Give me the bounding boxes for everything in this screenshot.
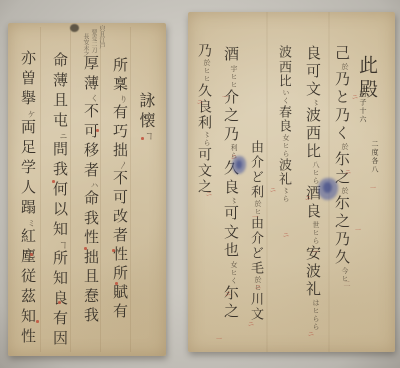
manuscript-character: 有 <box>51 310 69 330</box>
manuscript-character: 春 <box>276 105 291 120</box>
song-text-column-3: 波西比いく春良女ヒら波礼〻ら <box>275 45 290 203</box>
photograph-background: 㒵且江戸要㕝二刀長安未之 詠懐ヿ所稟り有巧拙〳不可改者性所賦有厚薄く不可移者ハ命… <box>0 0 400 368</box>
manuscript-character: 礼 <box>276 172 291 187</box>
manuscript-character: 波 <box>276 158 291 173</box>
vermilion-notation-mark: ニ <box>283 233 289 239</box>
inscription-line: 要㕝二刀 <box>89 29 98 53</box>
manuscript-character: 乃 <box>222 126 240 145</box>
reading-mark: 〻ら <box>282 187 290 203</box>
vermilion-notation-mark: 一 <box>222 95 228 101</box>
reading-mark: ヿ <box>145 132 154 141</box>
manuscript-character: 知 <box>51 270 69 290</box>
manuscript-character: 介 <box>248 231 263 246</box>
reading-mark: 宇ヒヒ <box>230 65 238 89</box>
vermilion-dot <box>58 301 61 304</box>
sheet-number-mark: 二 <box>342 280 352 287</box>
reading-mark: ヿ <box>59 241 68 250</box>
manuscript-character: 拙 <box>111 142 129 161</box>
manuscript-character: と <box>333 89 351 107</box>
manuscript-character: 己 <box>333 45 351 63</box>
manuscript-character: 所 <box>51 250 69 270</box>
manuscript-character: 且 <box>51 92 69 112</box>
manuscript-character: 我 <box>51 161 69 181</box>
manuscript-character: 我 <box>82 307 100 327</box>
manuscript-character: 尓 <box>333 151 351 169</box>
manuscript-character: 人 <box>19 179 37 199</box>
vermilion-notation-mark: 一 <box>216 337 222 343</box>
manuscript-character: 稟 <box>111 76 129 95</box>
song-text-column-4: 由介ど利於ヒ由介ど毛於ヒ川文 <box>247 140 262 322</box>
right-manuscript-page: 此殿己於乃と乃く於尓之於尓之乃久今ヒ良可文〻波西比八ヒら酒良世ヒら安波礼はヒらら… <box>188 12 395 352</box>
manuscript-character: 厚 <box>82 55 100 75</box>
vermilion-notation-mark: 一 <box>252 215 258 221</box>
manuscript-character: 移 <box>82 142 100 162</box>
manuscript-character: 曽 <box>19 70 37 90</box>
manuscript-character: 文 <box>304 81 322 99</box>
vermilion-notation-mark: ニ <box>255 285 261 291</box>
manuscript-character: 且 <box>82 268 100 288</box>
manuscript-character: 此 <box>356 55 378 79</box>
vermilion-dot <box>84 247 87 250</box>
vermilion-notation-mark: 一 <box>370 186 376 192</box>
manuscript-character: 屯 <box>51 112 69 132</box>
manuscript-character: 良 <box>304 203 322 221</box>
vermilion-notation-mark: ニ <box>248 322 254 328</box>
manuscript-character: 毛 <box>248 261 263 276</box>
inscription-line: 長安未之 <box>81 33 90 57</box>
manuscript-character: 良 <box>51 290 69 310</box>
vermilion-dot <box>36 320 39 323</box>
manuscript-character: 巧 <box>111 123 129 142</box>
vermilion-dot <box>30 253 33 256</box>
reading-mark: 〻 <box>230 197 238 205</box>
vermilion-notation-mark: ニ <box>270 188 276 194</box>
vermilion-dot <box>112 249 115 252</box>
reading-mark: 〻ら <box>203 131 211 147</box>
manuscript-character: 性 <box>82 229 100 249</box>
paper-crease <box>266 12 268 352</box>
manuscript-character: 良 <box>222 179 240 198</box>
manuscript-character: 賦 <box>111 284 129 303</box>
manuscript-character: 所 <box>111 57 129 76</box>
manuscript-character: 川 <box>248 292 263 307</box>
manuscript-character: 西 <box>276 60 291 75</box>
manuscript-character: 擧 <box>19 90 37 110</box>
song-text-column-5: 酒宇ヒヒ介之乃利ら久良〻可文也女ヒく尓之 <box>222 46 239 322</box>
manuscript-character: 知 <box>51 221 69 241</box>
reading-mark: 於 <box>341 187 349 195</box>
manuscript-character: 両 <box>19 119 37 139</box>
manuscript-character: 惷 <box>82 288 100 308</box>
vermilion-notation-mark: ニ <box>197 100 203 106</box>
manuscript-character: 之 <box>333 213 351 231</box>
reading-mark: 於ヒヒ <box>203 59 211 83</box>
vermilion-notation-mark: ニ <box>345 170 351 176</box>
manuscript-character: 可 <box>196 147 212 163</box>
blue-ink-blot <box>232 156 246 174</box>
reading-mark: 於 <box>341 63 349 71</box>
manuscript-character: ど <box>248 246 263 261</box>
manuscript-character: 利 <box>196 115 212 131</box>
manuscript-character: 可 <box>304 63 322 81</box>
vermilion-dot <box>96 129 99 132</box>
manuscript-character: 者 <box>111 227 129 246</box>
manuscript-character: 何 <box>51 181 69 201</box>
vermilion-notation-mark: 一 <box>312 250 318 256</box>
reading-mark: ミ <box>27 219 36 228</box>
vermilion-notation-mark: ニ <box>308 332 314 338</box>
reading-mark: 世ヒら <box>312 221 320 245</box>
manuscript-character: 茲 <box>19 288 37 308</box>
reading-mark: 於 <box>341 143 349 151</box>
manuscript-character: ど <box>248 170 263 185</box>
manuscript-character: 我 <box>82 210 100 230</box>
manuscript-character: 也 <box>222 242 240 261</box>
manuscript-character: 尓 <box>333 195 351 213</box>
manuscript-character: 乃 <box>333 71 351 89</box>
vermilion-dot <box>52 180 55 183</box>
manuscript-character: 久 <box>196 83 212 99</box>
manuscript-character: 由 <box>248 140 263 155</box>
manuscript-character: 可 <box>222 205 240 224</box>
reading-mark: り <box>119 95 128 104</box>
inscription-line: 㒵且江戸 <box>97 25 106 49</box>
manuscript-character: 性 <box>19 328 37 348</box>
poem-title-column: 詠懐ヿ <box>137 92 155 141</box>
manuscript-character: 不 <box>111 170 129 189</box>
manuscript-character: 足 <box>19 139 37 159</box>
poem-line-column-3: 命薄且屯ニ問我何以知ヿ所知良有因 <box>51 52 68 350</box>
poem-line-column-2: 厚薄く不可移者ハ命我性拙且惷我 <box>82 55 99 327</box>
reading-mark: ニ <box>59 132 68 141</box>
manuscript-character: 西 <box>304 125 322 143</box>
manuscript-character: 波 <box>304 263 322 281</box>
reading-mark: 女ヒら <box>282 134 290 158</box>
manuscript-character: 懐 <box>137 112 156 132</box>
manuscript-character: 不 <box>82 103 100 123</box>
manuscript-character: 薄 <box>82 75 100 95</box>
manuscript-character: 文 <box>222 224 240 243</box>
reading-mark: ハ <box>90 181 99 190</box>
vermilion-notation-mark: ニ <box>206 192 212 198</box>
reading-mark: 〳 <box>119 161 128 170</box>
manuscript-character: 利 <box>248 185 263 200</box>
song-text-column-6: 乃於ヒヒ久良利〻ら可文之 <box>196 43 212 195</box>
manuscript-character: 薄 <box>51 72 69 92</box>
manuscript-character: 酒 <box>222 46 240 65</box>
manuscript-character: 比 <box>304 143 322 161</box>
manuscript-character: く <box>333 125 351 143</box>
manuscript-character: 比 <box>276 74 291 89</box>
manuscript-character: 紅 <box>19 228 37 248</box>
manuscript-character: 拙 <box>82 249 100 269</box>
manuscript-character: 蹋 <box>19 199 37 219</box>
manuscript-character: 有 <box>111 104 129 123</box>
manuscript-character: 改 <box>111 208 129 227</box>
manuscript-character: 之 <box>222 303 240 322</box>
manuscript-character: 問 <box>51 141 69 161</box>
manuscript-character: 文 <box>196 163 212 179</box>
reading-mark: 〻 <box>312 99 320 107</box>
manuscript-character: 乃 <box>333 231 351 249</box>
manuscript-character: 波 <box>276 45 291 60</box>
vermilion-notation-mark: 一 <box>355 228 361 234</box>
manuscript-character: 可 <box>111 189 129 208</box>
manuscript-character: 乃 <box>196 43 212 59</box>
reading-mark: はヒらら <box>312 299 320 331</box>
left-manuscript-page: 㒵且江戸要㕝二刀長安未之 詠懐ヿ所稟り有巧拙〳不可改者性所賦有厚薄く不可移者ハ命… <box>8 23 166 356</box>
manuscript-character: 命 <box>82 190 100 210</box>
manuscript-character: 有 <box>111 303 129 322</box>
manuscript-character: 礼 <box>304 281 322 299</box>
manuscript-character: 者 <box>82 162 100 182</box>
poem-line-column-4: 亦曽擧ケ両足学人蹋ミ紅塵従茲知性 <box>19 50 36 348</box>
manuscript-character: 亦 <box>19 50 37 70</box>
manuscript-character: 学 <box>19 159 37 179</box>
manuscript-character: 知 <box>19 308 37 328</box>
manuscript-character: 之 <box>222 107 240 126</box>
manuscript-character: 文 <box>248 307 263 322</box>
poem-line-column-1: 所稟り有巧拙〳不可改者性所賦有 <box>111 57 128 322</box>
manuscript-character: 介 <box>248 155 263 170</box>
manuscript-character: 良 <box>276 119 291 134</box>
manuscript-character: 詠 <box>137 92 156 112</box>
song-text-column-1: 己於乃と乃く於尓之於尓之乃久今ヒ <box>333 45 350 283</box>
manuscript-character: 以 <box>51 201 69 221</box>
manuscript-character: 命 <box>51 52 69 72</box>
reading-mark: 女ヒく <box>230 261 238 285</box>
manuscript-character: 久 <box>333 249 351 267</box>
vermilion-notation-mark: ニ <box>305 196 311 202</box>
reading-mark: く <box>90 94 99 103</box>
vermilion-notation-mark: ニ <box>225 292 231 298</box>
title-annotation: 二度各八 <box>370 140 380 174</box>
manuscript-character: 従 <box>19 268 37 288</box>
title-annotation: 拍子十六 <box>358 90 368 124</box>
manuscript-character: 可 <box>82 123 100 143</box>
vermilion-dot <box>115 282 118 285</box>
vermilion-notation-mark: ニ <box>352 95 358 101</box>
reading-mark: いく <box>282 89 290 105</box>
manuscript-character: 乃 <box>333 107 351 125</box>
manuscript-character: 波 <box>304 107 322 125</box>
manuscript-character: 所 <box>111 265 129 284</box>
manuscript-character: 塵 <box>19 248 37 268</box>
manuscript-character: 良 <box>304 45 322 63</box>
vermilion-dot <box>141 137 144 140</box>
reading-mark: ケ <box>27 110 36 119</box>
manuscript-character: 因 <box>51 330 69 350</box>
